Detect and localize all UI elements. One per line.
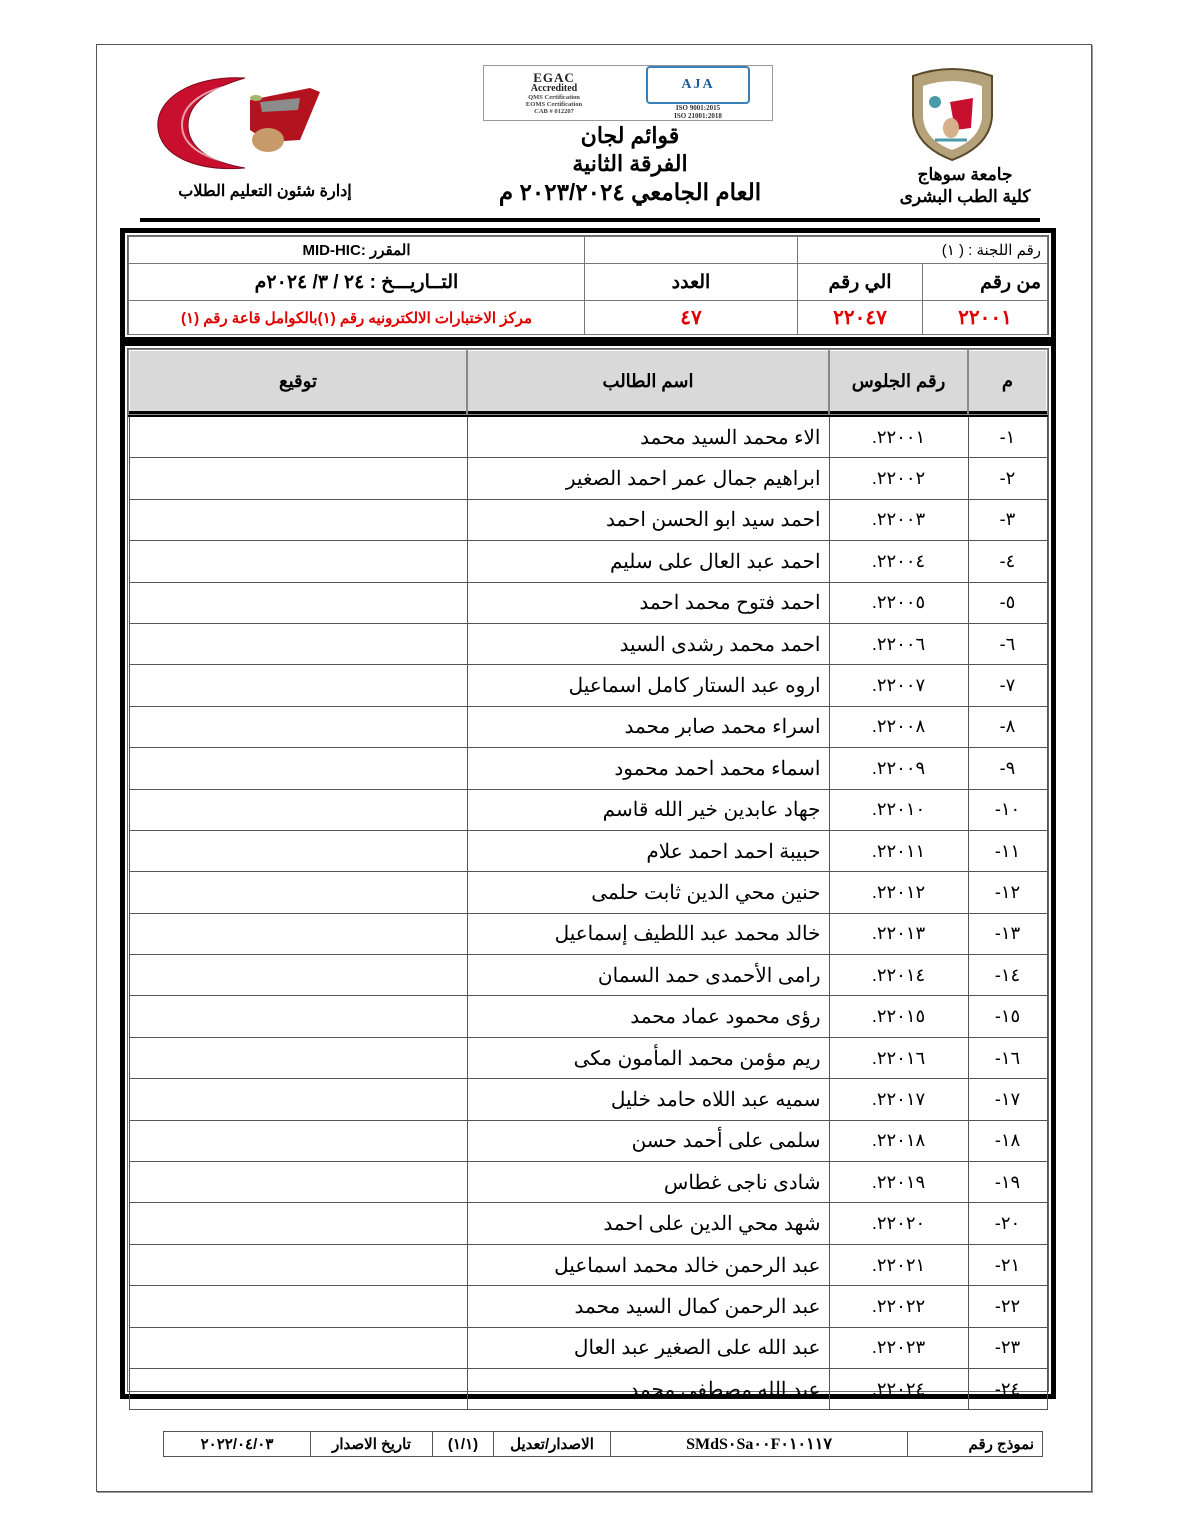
table-row: ٢٣-٢٢٠٢٣.عبد الله على الصغير عبد العال — [129, 1327, 1047, 1368]
student-name: حبيبة احمد احمد علام — [467, 830, 829, 871]
table-row: ١٩-٢٢٠١٩.شادى ناجى غطاس — [129, 1162, 1047, 1203]
table-row: ٧-٢٢٠٠٧.اروه عبد الستار كامل اسماعيل — [129, 665, 1047, 706]
empty-cell — [585, 237, 798, 264]
shield-emblem-icon — [905, 66, 1000, 162]
table-row: ٨-٢٢٠٠٨.اسراء محمد صابر محمد — [129, 706, 1047, 747]
student-name: عبد الله مصطفى محمد — [467, 1368, 829, 1409]
table-row: ٢٢-٢٢٠٢٢.عبد الرحمن كمال السيد محمد — [129, 1286, 1047, 1327]
row-index: ١٨- — [968, 1120, 1047, 1161]
table-row: ١٨-٢٢٠١٨.سلمى على أحمد حسن — [129, 1120, 1047, 1161]
aja-logo-text: AJA — [681, 77, 714, 93]
row-index: ٧- — [968, 665, 1047, 706]
signature-cell[interactable] — [129, 955, 467, 996]
form-code: SMdS٠Sa٠٠F٠١٠١١٧ — [610, 1432, 907, 1456]
table-row: ٣-٢٢٠٠٣.احمد سيد ابو الحسن احمد — [129, 499, 1047, 540]
row-index: ٢٤- — [968, 1368, 1047, 1409]
row-index: ٣- — [968, 499, 1047, 540]
table-row: ١٣-٢٢٠١٣.خالد محمد عبد اللطيف إسماعيل — [129, 913, 1047, 954]
iso-line2: ISO 21001:2018 — [674, 112, 722, 120]
student-name: احمد فتوح محمد احمد — [467, 582, 829, 623]
table-row: ٤-٢٢٠٠٤.احمد عبد العال على سليم — [129, 541, 1047, 582]
student-name: اسراء محمد صابر محمد — [467, 706, 829, 747]
student-name: عبد الله على الصغير عبد العال — [467, 1327, 829, 1368]
committee-info-table: رقم اللجنة : ( ١) المقرر :MID-HIC من رقم… — [120, 228, 1056, 342]
student-name: جهاد عابدين خير الله قاسم — [467, 789, 829, 830]
faculty-name-text: كلية الطب البشرى — [880, 186, 1050, 208]
table-row: ١٦-٢٢٠١٦.ريم مؤمن محمد المأمون مكى — [129, 1037, 1047, 1078]
seat-number: ٢٢٠١٥. — [829, 996, 968, 1037]
signature-cell[interactable] — [129, 541, 467, 582]
row-index: ٦- — [968, 623, 1047, 664]
egac-line2: EOMS Certification — [526, 101, 582, 108]
title-year-level: الفرقة الثانية — [430, 150, 830, 178]
signature-cell[interactable] — [129, 913, 467, 954]
student-name: عبد الرحمن كمال السيد محمد — [467, 1286, 829, 1327]
seat-number: ٢٢٠٠٩. — [829, 748, 968, 789]
row-index: ٨- — [968, 706, 1047, 747]
table-row: ١٧-٢٢٠١٧.سميه عبد اللاه حامد خليل — [129, 1079, 1047, 1120]
signature-cell[interactable] — [129, 623, 467, 664]
table-row: ١١-٢٢٠١١.حبيبة احمد احمد علام — [129, 830, 1047, 871]
row-index: ١٣- — [968, 913, 1047, 954]
to-number-value: ٢٢٠٤٧ — [798, 301, 923, 335]
table-row: ٥-٢٢٠٠٥.احمد فتوح محمد احمد — [129, 582, 1047, 623]
table-row: ١٠-٢٢٠١٠.جهاد عابدين خير الله قاسم — [129, 789, 1047, 830]
seat-number: ٢٢٠١٨. — [829, 1120, 968, 1161]
committee-number: رقم اللجنة : ( ١) — [798, 237, 1048, 264]
row-index: ١- — [968, 414, 1047, 458]
row-index: ١٤- — [968, 955, 1047, 996]
signature-cell[interactable] — [129, 414, 467, 458]
column-header-seat-number: رقم الجلوس — [829, 350, 968, 414]
exam-date: التــاريـــخ : ٢٤ / ٣/ ٢٠٢٤م — [129, 264, 585, 301]
seat-number: ٢٢٠٠٨. — [829, 706, 968, 747]
seat-number: ٢٢٠١٠. — [829, 789, 968, 830]
signature-cell[interactable] — [129, 748, 467, 789]
student-name: اروه عبد الستار كامل اسماعيل — [467, 665, 829, 706]
globe-icon: AJA — [646, 66, 750, 104]
student-name: شادى ناجى غطاس — [467, 1162, 829, 1203]
student-name: خالد محمد عبد اللطيف إسماعيل — [467, 913, 829, 954]
faculty-logo — [150, 70, 325, 175]
egac-badge: EGAC Accredited QMS Certification EOMS C… — [484, 66, 624, 120]
row-index: ٢- — [968, 458, 1047, 499]
seat-number: ٢٢٠١٦. — [829, 1037, 968, 1078]
student-name: احمد سيد ابو الحسن احمد — [467, 499, 829, 540]
document-title: قوائم لجان الفرقة الثانية العام الجامعي … — [430, 122, 830, 206]
seat-number: ٢٢٠٠٤. — [829, 541, 968, 582]
row-index: ٩- — [968, 748, 1047, 789]
student-name: رامى الأحمدى حمد السمان — [467, 955, 829, 996]
university-name: جامعة سوهاج كلية الطب البشرى — [880, 164, 1050, 208]
version-value: (١/١) — [432, 1432, 493, 1456]
row-index: ٢٢- — [968, 1286, 1047, 1327]
title-academic-year: العام الجامعي ٢٠٢٣/٢٠٢٤ م — [430, 178, 830, 206]
iso-line1: ISO 9001:2015 — [676, 104, 720, 112]
title-committee-lists: قوائم لجان — [430, 122, 830, 150]
signature-cell[interactable] — [129, 1244, 467, 1285]
aja-badge: AJA ISO 9001:2015 ISO 21001:2018 — [624, 66, 772, 120]
student-name: عبد الرحمن خالد محمد اسماعيل — [467, 1244, 829, 1285]
student-name: سلمى على أحمد حسن — [467, 1120, 829, 1161]
signature-cell[interactable] — [129, 665, 467, 706]
row-index: ٢٣- — [968, 1327, 1047, 1368]
student-name: شهد محي الدين على احمد — [467, 1203, 829, 1244]
row-index: ١٢- — [968, 872, 1047, 913]
student-name: احمد عبد العال على سليم — [467, 541, 829, 582]
count-label: العدد — [585, 264, 798, 301]
seat-number: ٢٢٠٢٣. — [829, 1327, 968, 1368]
seat-number: ٢٢٠٢٤. — [829, 1368, 968, 1409]
row-index: ١١- — [968, 830, 1047, 871]
department-name: إدارة شئون التعليم الطلاب — [160, 181, 370, 201]
issue-date-label: تاريخ الاصدار — [310, 1432, 432, 1456]
egac-title: EGAC — [533, 72, 575, 84]
student-name: ابراهيم جمال عمر احمد الصغير — [467, 458, 829, 499]
row-index: ٤- — [968, 541, 1047, 582]
seat-number: ٢٢٠١٩. — [829, 1162, 968, 1203]
table-row: ٢٠-٢٢٠٢٠.شهد محي الدين على احمد — [129, 1203, 1047, 1244]
signature-cell[interactable] — [129, 872, 467, 913]
signature-cell[interactable] — [129, 458, 467, 499]
signature-cell[interactable] — [129, 1286, 467, 1327]
form-number-label: نموذج رقم — [907, 1432, 1042, 1456]
table-row: ٩-٢٢٠٠٩.اسماء محمد احمد محمود — [129, 748, 1047, 789]
row-index: ١٥- — [968, 996, 1047, 1037]
student-name: الاء محمد السيد محمد — [467, 414, 829, 458]
table-header-row: م رقم الجلوس اسم الطالب توقيع — [129, 350, 1047, 414]
row-index: ١٠- — [968, 789, 1047, 830]
to-number-label: الي رقم — [798, 264, 923, 301]
seat-number: ٢٢٠٢٠. — [829, 1203, 968, 1244]
row-index: ١٦- — [968, 1037, 1047, 1078]
certification-badges: EGAC Accredited QMS Certification EOMS C… — [483, 65, 773, 121]
university-name-text: جامعة سوهاج — [880, 164, 1050, 186]
student-name: حنين محي الدين ثابت حلمى — [467, 872, 829, 913]
from-number-value: ٢٢٠٠١ — [923, 301, 1048, 335]
signature-cell[interactable] — [129, 789, 467, 830]
seat-number: ٢٢٠١١. — [829, 830, 968, 871]
student-name: احمد محمد رشدى السيد — [467, 623, 829, 664]
student-name: ريم مؤمن محمد المأمون مكى — [467, 1037, 829, 1078]
seat-number: ٢٢٠١٢. — [829, 872, 968, 913]
signature-cell[interactable] — [129, 706, 467, 747]
student-name: سميه عبد اللاه حامد خليل — [467, 1079, 829, 1120]
course-name: المقرر :MID-HIC — [129, 237, 585, 264]
student-name: رؤى محمود عماد محمد — [467, 996, 829, 1037]
exam-location: مركز الاختبارات الالكترونيه رقم (١)بالكو… — [129, 301, 585, 335]
row-index: ٢١- — [968, 1244, 1047, 1285]
egac-accredited: Accredited — [531, 84, 577, 94]
seat-number: ٢٢٠١٧. — [829, 1079, 968, 1120]
table-row: ٢٤-٢٢٠٢٤.عبد الله مصطفى محمد — [129, 1368, 1047, 1409]
row-index: ١٧- — [968, 1079, 1047, 1120]
seat-number: ٢٢٠٠٦. — [829, 623, 968, 664]
seat-number: ٢٢٠٠١. — [829, 414, 968, 458]
crescent-logo-icon — [150, 70, 325, 175]
row-index: ٢٠- — [968, 1203, 1047, 1244]
egac-line3: CAB # 012207 — [534, 108, 574, 115]
header-divider — [140, 218, 1040, 222]
column-header-signature: توقيع — [129, 350, 467, 414]
row-index: ١٩- — [968, 1162, 1047, 1203]
signature-cell[interactable] — [129, 1327, 467, 1368]
issue-date: ٢٠٢٢/٠٤/٠٣ — [164, 1432, 310, 1456]
row-index: ٥- — [968, 582, 1047, 623]
form-footer: نموذج رقم SMdS٠Sa٠٠F٠١٠١١٧ الاصدار/تعديل… — [163, 1431, 1043, 1457]
signature-cell[interactable] — [129, 1037, 467, 1078]
student-name: اسماء محمد احمد محمود — [467, 748, 829, 789]
signature-cell[interactable] — [129, 1079, 467, 1120]
table-row: ١٢-٢٢٠١٢.حنين محي الدين ثابت حلمى — [129, 872, 1047, 913]
table-row: ٢-٢٢٠٠٢.ابراهيم جمال عمر احمد الصغير — [129, 458, 1047, 499]
signature-cell[interactable] — [129, 1203, 467, 1244]
seat-number: ٢٢٠٢١. — [829, 1244, 968, 1285]
student-table: م رقم الجلوس اسم الطالب توقيع ١-٢٢٠٠١.ال… — [120, 341, 1056, 1399]
column-header-student-name: اسم الطالب — [467, 350, 829, 414]
signature-cell[interactable] — [129, 830, 467, 871]
signature-cell[interactable] — [129, 1120, 467, 1161]
version-label: الاصدار/تعديل — [493, 1432, 610, 1456]
egac-line1: QMS Certification — [528, 94, 580, 101]
signature-cell[interactable] — [129, 1162, 467, 1203]
from-number-label: من رقم — [923, 264, 1048, 301]
university-logo — [905, 66, 1000, 162]
table-row: ١٥-٢٢٠١٥.رؤى محمود عماد محمد — [129, 996, 1047, 1037]
count-value: ٤٧ — [585, 301, 798, 335]
seat-number: ٢٢٠٠٥. — [829, 582, 968, 623]
seat-number: ٢٢٠١٤. — [829, 955, 968, 996]
seat-number: ٢٢٠٠٧. — [829, 665, 968, 706]
seat-number: ٢٢٠٠٢. — [829, 458, 968, 499]
signature-cell[interactable] — [129, 996, 467, 1037]
signature-cell[interactable] — [129, 499, 467, 540]
table-row: ١٤-٢٢٠١٤.رامى الأحمدى حمد السمان — [129, 955, 1047, 996]
table-row: ١-٢٢٠٠١.الاء محمد السيد محمد — [129, 414, 1047, 458]
seat-number: ٢٢٠٠٣. — [829, 499, 968, 540]
signature-cell[interactable] — [129, 1368, 467, 1409]
signature-cell[interactable] — [129, 582, 467, 623]
table-row: ٦-٢٢٠٠٦.احمد محمد رشدى السيد — [129, 623, 1047, 664]
seat-number: ٢٢٠٢٢. — [829, 1286, 968, 1327]
table-row: ٢١-٢٢٠٢١.عبد الرحمن خالد محمد اسماعيل — [129, 1244, 1047, 1285]
seat-number: ٢٢٠١٣. — [829, 913, 968, 954]
column-header-index: م — [968, 350, 1047, 414]
